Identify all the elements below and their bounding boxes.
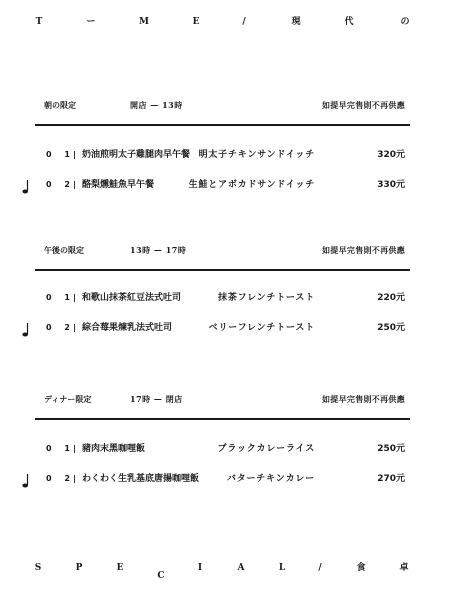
footer-letter: I — [198, 562, 202, 574]
item-name-jp: バターチキンカレー — [227, 471, 315, 487]
header-letter: / — [242, 16, 245, 28]
section-note: 如提早完售則不再供應 — [322, 392, 405, 406]
item-name-jp: 生鮭とアボカドサンドイッチ — [189, 177, 315, 193]
section-note: 如提早完售則不再供應 — [322, 98, 405, 112]
item-name-jp: 抹茶フレンチトースト — [218, 290, 315, 306]
section-title: 朝の限定 — [44, 98, 76, 112]
header-letter: T — [36, 16, 43, 28]
item-number: 0 2 — [46, 471, 75, 487]
section-title: 午後の限定 — [44, 243, 84, 257]
menu-item: 0 1 | 豬肉末黑咖哩飯 ブラックカレーライス 250元 — [0, 441, 450, 457]
item-name-jp: ブラックカレーライス — [218, 441, 315, 457]
footer-letter: P — [76, 562, 83, 574]
item-name-jp: ベリーフレンチトースト — [209, 320, 315, 336]
header-letter: 代 — [344, 16, 353, 28]
item-separator: | — [73, 177, 76, 193]
item-separator: | — [73, 290, 76, 306]
item-number: 0 2 — [46, 177, 75, 193]
section-hours: 13時 — 17時 — [130, 243, 186, 257]
item-number: 0 2 — [46, 320, 75, 336]
footer-letter: S — [35, 562, 42, 574]
footer-letter: L — [279, 562, 285, 574]
footer-letter: C — [157, 570, 164, 582]
item-separator: | — [73, 147, 76, 163]
item-name-zh: 酪梨燻鮭魚早午餐 — [82, 177, 154, 193]
item-price: 220元 — [377, 290, 405, 306]
item-price: 270元 — [377, 471, 405, 487]
menu-item: 0 2 | 綜合莓果煉乳法式吐司 ベリーフレンチトースト 250元 — [0, 320, 450, 336]
music-note-icon — [22, 474, 30, 488]
item-number: 0 1 — [46, 147, 75, 163]
item-number: 0 1 — [46, 441, 75, 457]
menu-item: 0 1 | 奶油煎明太子雞腿肉早午餐 明太子チキンサンドイッチ 320元 — [0, 147, 450, 163]
item-name-zh: わくわく生乳基底唐揚咖哩飯 — [82, 471, 199, 487]
item-separator: | — [73, 320, 76, 336]
header-title: T ー M E / 現 代 の — [0, 16, 450, 36]
footer-letter: E — [117, 562, 124, 574]
item-price: 320元 — [377, 147, 405, 163]
section-divider — [35, 418, 410, 420]
item-price: 330元 — [377, 177, 405, 193]
item-name-jp: 明太子チキンサンドイッチ — [199, 147, 315, 163]
music-note-icon — [22, 323, 30, 337]
footer-letter: / — [318, 562, 321, 574]
section-hours: 17時 — 閉店 — [130, 392, 183, 406]
section-header: 午後の限定 13時 — 17時 如提早完售則不再供應 — [0, 243, 450, 257]
menu-item: 0 2 | 酪梨燻鮭魚早午餐 生鮭とアボカドサンドイッチ 330元 — [0, 177, 450, 193]
header-letter: ー — [86, 16, 95, 28]
section-divider — [35, 124, 410, 126]
item-name-zh: 豬肉末黑咖哩飯 — [82, 441, 145, 457]
item-separator: | — [73, 441, 76, 457]
section-header: 朝の限定 開店 — 13時 如提早完售則不再供應 — [0, 98, 450, 112]
footer-title: S P E C I A L / 食 卓 — [0, 562, 450, 582]
item-separator: | — [73, 471, 76, 487]
menu-item: 0 1 | 和歌山抹茶紅豆法式吐司 抹茶フレンチトースト 220元 — [0, 290, 450, 306]
section-title: ディナー限定 — [44, 392, 91, 406]
item-number: 0 1 — [46, 290, 75, 306]
header-letter: E — [193, 16, 200, 28]
footer-letter: 食 — [356, 562, 365, 574]
section-header: ディナー限定 17時 — 閉店 如提早完售則不再供應 — [0, 392, 450, 406]
section-hours: 開店 — 13時 — [130, 98, 183, 112]
item-price: 250元 — [377, 441, 405, 457]
header-letter: の — [400, 16, 409, 28]
footer-letter: A — [238, 562, 245, 574]
header-letter: M — [139, 16, 149, 28]
section-note: 如提早完售則不再供應 — [322, 243, 405, 257]
music-note-icon — [22, 180, 30, 194]
footer-letter: 卓 — [399, 562, 408, 574]
item-name-zh: 綜合莓果煉乳法式吐司 — [82, 320, 172, 336]
item-price: 250元 — [377, 320, 405, 336]
menu-item: 0 2 | わくわく生乳基底唐揚咖哩飯 バターチキンカレー 270元 — [0, 471, 450, 487]
section-divider — [35, 269, 410, 271]
item-name-zh: 奶油煎明太子雞腿肉早午餐 — [82, 147, 190, 163]
header-letter: 現 — [291, 16, 300, 28]
item-name-zh: 和歌山抹茶紅豆法式吐司 — [82, 290, 181, 306]
